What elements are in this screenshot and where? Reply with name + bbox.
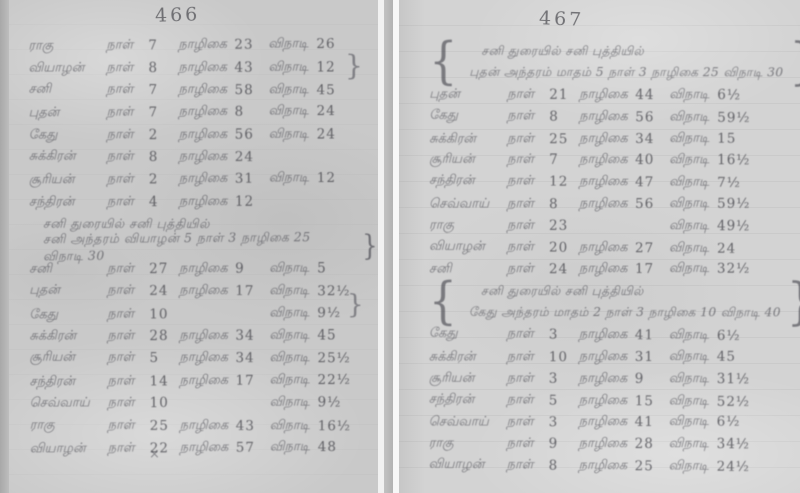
antaram-line-1: சனி துரையில் சனி புத்தியில் (459, 281, 781, 303)
day-value: 3 (549, 327, 579, 343)
nazhigai-label: நாழிகை (179, 171, 235, 187)
nazhigai-value: 12 (235, 194, 269, 210)
nazhigai-label: நாழிகை (179, 328, 235, 344)
nazhigai-label: நாழிகை (579, 261, 635, 277)
day-value: 2 (149, 127, 179, 143)
nazhigai-label: நாழிகை (179, 149, 235, 165)
vinadi-value: 24 (717, 240, 761, 256)
ledger-row: வியாழன் நாள் 22 நாழிகை 57 விநாடி 48 (30, 436, 379, 461)
day-label: நாள் (507, 218, 549, 234)
planet-name: சுக்கிரன் (429, 131, 507, 147)
day-value: 23 (549, 218, 579, 234)
planet-name: வியாழன் (429, 457, 507, 474)
day-label: நாள் (507, 457, 549, 473)
nazhigai-value: 17 (235, 284, 269, 300)
nazhigai-label: நாழிகை (179, 127, 235, 143)
vinadi-label: விநாடி (669, 371, 717, 387)
nazhigai-label: நாழிகை (180, 418, 236, 434)
vinadi-label: விநாடி (669, 109, 717, 125)
day-label: நாள் (106, 82, 148, 98)
nazhigai-value: 8 (235, 104, 269, 120)
planet-name: ராகு (429, 436, 507, 452)
vinadi-value: 15 (717, 130, 761, 146)
ledger-row: வியாழன் நாள் 8 நாழிகை 25 விநாடி 24½ (429, 454, 800, 478)
vinadi-label: விநாடி (269, 305, 317, 321)
day-value: 14 (149, 373, 179, 389)
planet-name: சந்திரன் (29, 194, 107, 210)
nazhigai-value: 24 (235, 149, 269, 165)
gutter-fold (384, 0, 393, 493)
day-value: 8 (149, 149, 179, 165)
day-value: 3 (549, 371, 579, 387)
vinadi-value: 16½ (318, 418, 362, 434)
day-label: நாள் (107, 328, 149, 344)
ledger-row: சூரியன் நாள் 3 நாழிகை 9 விநாடி 31½ (429, 367, 800, 389)
closing-brace-icon: } (790, 38, 800, 86)
ledger-row: சுக்கிரன் நாள் 8 நாழிகை 24 (29, 146, 378, 169)
vinadi-label: விநாடி (669, 174, 717, 190)
day-value: 10 (150, 395, 180, 411)
day-label: நாள் (507, 108, 549, 124)
left-page-text: ராகு நாள் 7 நாழிகை 23 விநாடி 26 வியாழன் … (8, 0, 379, 460)
day-label: நாள் (107, 127, 149, 143)
ledger-row: சுக்கிரன் நாள் 10 நாழிகை 31 விநாடி 45 (429, 346, 800, 369)
planet-name: சூரியன் (429, 370, 507, 386)
vinadi-label: விநாடி (669, 327, 717, 343)
day-value: 21 (549, 87, 579, 103)
closing-brace: } (362, 229, 378, 263)
planet-name: வியாழன் (429, 238, 507, 255)
ledger-row: கேது நாள் 2 நாழிகை 56 விநாடி 24 (29, 123, 378, 147)
antaram-line-2: கேது அந்தரம் மாதம் 2 நாள் 3 நாழிகை 10 வி… (459, 302, 781, 324)
nazhigai-value: 58 (234, 82, 268, 98)
nazhigai-value: 43 (236, 418, 270, 434)
day-value: 7 (149, 105, 179, 121)
nazhigai-label: நாழிகை (178, 82, 234, 98)
vinadi-value: 6½ (717, 414, 761, 430)
planet-name: வியாழன் (30, 441, 108, 458)
day-value: 12 (549, 174, 579, 190)
day-label: நாள் (507, 173, 549, 189)
nazhigai-value: 31 (235, 171, 269, 187)
planet-name: சுக்கிரன் (29, 149, 107, 165)
day-value: 7 (148, 82, 178, 98)
manuscript-scan: 466 ராகு நாள் 7 நாழிகை 23 விநாடி 26 வியா… (0, 0, 800, 493)
nazhigai-label: நாழிகை (579, 349, 635, 365)
day-label: நாள் (107, 194, 149, 210)
vinadi-value: 59½ (717, 109, 761, 125)
day-label: நாள் (107, 373, 149, 389)
vinadi-value: 24 (317, 126, 361, 142)
vinadi-value: 45 (717, 349, 761, 365)
ledger-row: கேது நாள் 3 நாழிகை 41 விநாடி 6½ (429, 323, 800, 347)
vinadi-label: விநாடி (268, 36, 316, 52)
ledger-row: சந்திரன் நாள் 5 நாழிகை 15 விநாடி 52½ (429, 388, 800, 412)
nazhigai-label: நாழிகை (579, 174, 635, 190)
vinadi-label: விநாடி (669, 458, 717, 474)
vinadi-label: விநாடி (269, 103, 317, 119)
vinadi-value: 59½ (717, 196, 761, 212)
ledger-row: வியாழன் நாள் 8 நாழிகை 43 விநாடி 12 (28, 56, 377, 80)
right-page-text: { சனி துரையில் சனி புத்தியில் புதன் அந்த… (399, 0, 800, 477)
ledger-row: சந்திரன் நாள் 14 நாழிகை 17 விநாடி 22½ (29, 368, 378, 393)
day-label: நாள் (108, 441, 150, 457)
planet-name: சூரியன் (429, 152, 507, 168)
vinadi-label: விநாடி (669, 349, 717, 365)
nazhigai-label: நாழிகை (179, 194, 235, 210)
day-label: நாள் (107, 283, 149, 299)
day-value: 7 (148, 37, 178, 53)
nazhigai-value: 25 (635, 458, 669, 474)
planet-name: கேது (429, 107, 507, 124)
ledger-row: செவ்வாய் நாள் 3 நாழிகை 41 விநாடி 6½ (429, 411, 800, 434)
day-label: நாள் (507, 414, 549, 430)
ledger-row: சுக்கிரன் நாள் 28 நாழிகை 34 விநாடி 45 (29, 324, 378, 348)
ledger-row: புதன் நாள் 24 நாழிகை 17 விநாடி 32½ (29, 280, 378, 303)
antaram-line-1: சனி துரையில் சனி புத்தியில் (459, 41, 783, 63)
planet-name: செவ்வாய் (429, 196, 507, 212)
nazhigai-label: நாழிகை (579, 87, 635, 103)
day-value: 25 (549, 131, 579, 147)
day-label: நாள் (507, 436, 549, 452)
nazhigai-value: 40 (635, 152, 669, 168)
nazhigai-label: நாழிகை (579, 371, 635, 387)
nazhigai-label: நாழிகை (178, 59, 234, 75)
planet-name: சந்திரன் (429, 173, 507, 190)
day-label: நாள் (107, 105, 149, 121)
day-label: நாள் (507, 131, 549, 147)
vinadi-label: விநாடி (268, 82, 316, 98)
day-label: நாள் (507, 349, 549, 365)
nazhigai-label: நாழிகை (579, 458, 635, 474)
day-value: 8 (549, 108, 579, 124)
planet-name: புதன் (29, 283, 107, 299)
vinadi-label: விநாடி (269, 284, 317, 300)
day-label: நாள் (106, 38, 148, 54)
opening-brace-icon: { (429, 38, 457, 86)
day-value: 25 (150, 418, 180, 434)
day-value: 3 (549, 414, 579, 430)
planet-name: ராகு (429, 217, 507, 233)
vinadi-value: 22½ (317, 372, 361, 388)
ink-flourish: } (347, 292, 364, 318)
vinadi-value: 34½ (717, 436, 761, 452)
day-value: 8 (549, 196, 579, 212)
antaram-heading-lines: சனி துரையில் சனி புத்தியில் புதன் அந்தரம… (459, 41, 783, 84)
day-label: நாள் (507, 152, 549, 168)
nazhigai-label: நாழிகை (178, 37, 234, 53)
nazhigai-value: 27 (635, 240, 669, 256)
vinadi-label: விநாடி (669, 261, 717, 277)
day-value: 10 (149, 306, 179, 322)
nazhigai-label: நாழிகை (579, 108, 635, 124)
planet-name: சூரியன் (29, 172, 107, 189)
vinadi-label: விநாடி (269, 351, 317, 367)
nazhigai-label: நாழிகை (579, 327, 635, 343)
planet-name: கேது (29, 127, 107, 143)
day-label: நாள் (107, 306, 149, 322)
antaram-line-2: புதன் அந்தரம் மாதம் 5 நாள் 3 நாழிகை 25 வ… (459, 62, 783, 84)
nazhigai-value: 57 (236, 440, 270, 456)
vinadi-value: 6½ (717, 87, 761, 103)
planet-name: ராகு (28, 38, 106, 55)
left-page: 466 ராகு நாள் 7 நாழிகை 23 விநாடி 26 வியா… (9, 0, 378, 493)
nazhigai-value: 34 (635, 130, 669, 146)
antaram-heading-lines: சனி துரையில் சனி புத்தியில் கேது அந்தரம்… (459, 281, 781, 324)
nazhigai-value: 47 (635, 174, 669, 190)
day-label: நாள் (108, 396, 150, 412)
day-value: 8 (148, 60, 178, 76)
ledger-row: கேது நாள் 8 நாழிகை 56 விநாடி 59½ (429, 105, 800, 129)
vinadi-label: விநாடி (270, 439, 318, 455)
day-label: நாள் (107, 172, 149, 188)
ledger-row: சூரியன் நாள் 2 நாழிகை 31 விநாடி 12 (29, 167, 378, 192)
planet-name: செவ்வாய் (30, 396, 108, 412)
vinadi-value: 6½ (717, 328, 761, 344)
planet-name: வியாழன் (28, 60, 106, 76)
ledger-row: ராகு நாள் 9 நாழிகை 28 விநாடி 34½ (429, 433, 800, 455)
day-value: 2 (149, 172, 179, 188)
nazhigai-label: நாழிகை (579, 239, 635, 255)
planet-name: சனி (28, 82, 106, 98)
ink-flourish: } (345, 52, 363, 80)
nazhigai-value: 44 (635, 87, 669, 103)
vinadi-label: விநாடி (268, 59, 316, 75)
ledger-row: சனி நாள் 7 நாழிகை 58 விநாடி 45 (28, 78, 377, 101)
day-value: 5 (549, 392, 579, 408)
day-label: நாள் (107, 350, 149, 366)
vinadi-value: 25½ (317, 351, 361, 367)
ledger-row: ராகு நாள் 7 நாழிகை 23 விநாடி 26 (28, 33, 377, 58)
day-value: 10 (549, 349, 579, 365)
nazhigai-value: 15 (635, 393, 669, 409)
antaram-group: { சனி துரையில் சனி புத்தியில் கேது அந்தர… (429, 281, 800, 324)
ledger-row: புதன் நாள் 7 நாழிகை 8 விநாடி 24 (29, 100, 378, 125)
day-label: நாள் (106, 60, 148, 76)
day-label: நாள் (507, 261, 549, 277)
ledger-row: செவ்வாய் நாள் 10 விநாடி 9½ (30, 392, 379, 416)
day-value: 8 (549, 457, 579, 473)
planet-name: கேது (29, 307, 107, 324)
vinadi-label: விநாடி (270, 418, 318, 434)
day-value: 24 (149, 283, 179, 299)
nazhigai-label: நாழிகை (180, 440, 236, 456)
day-value: 5 (149, 351, 179, 367)
right-page: 467 { சனி துரையில் சனி புத்தியில் புதன் … (399, 0, 800, 493)
nazhigai-value: 31 (635, 349, 669, 365)
heading-text: சனி அந்தரம் வியாழன் 5 நாள் 3 நாழிகை 25 வ… (43, 229, 352, 265)
vinadi-label: விநாடி (269, 372, 317, 388)
dasa-heading: சனி அந்தரம் வியாழன் 5 நாள் 3 நாழிகை 25 வ… (29, 234, 378, 259)
planet-name: சந்திரன் (429, 391, 507, 408)
vinadi-label: விநாடி (669, 152, 717, 168)
vinadi-value: 52½ (717, 393, 761, 409)
vinadi-label: விநாடி (669, 240, 717, 256)
day-label: நாள் (507, 87, 549, 103)
ink-flourish: × (149, 448, 160, 461)
nazhigai-value: 34 (235, 351, 269, 367)
ledger-row: வியாழன் நாள் 20 நாழிகை 27 விநாடி 24 (429, 235, 800, 259)
vinadi-value: 32½ (717, 261, 761, 277)
day-label: நாள் (507, 196, 549, 212)
vinadi-value: 24½ (717, 459, 761, 475)
vinadi-label: விநாடி (669, 436, 717, 452)
vinadi-value: 24 (317, 103, 361, 119)
vinadi-value: 45 (317, 328, 361, 344)
day-label: நாள் (507, 392, 549, 408)
ledger-row: சூரியன் நாள் 7 நாழிகை 40 விநாடி 16½ (429, 149, 800, 171)
vinadi-value: 45 (316, 82, 360, 98)
vinadi-label: விநாடி (669, 196, 717, 212)
ledger-row: கேது நாள் 10 விநாடி 9½ (29, 301, 378, 326)
planet-name: சுக்கிரன் (429, 349, 507, 365)
vinadi-value: 49½ (717, 218, 761, 234)
nazhigai-label: நாழிகை (579, 392, 635, 408)
vinadi-label: விநாடி (269, 328, 317, 344)
nazhigai-value: 9 (635, 371, 669, 387)
nazhigai-value: 56 (635, 109, 669, 125)
nazhigai-label: நாழிகை (179, 373, 235, 389)
day-value: 24 (549, 261, 579, 277)
ledger-row: ராகு நாள் 25 நாழிகை 43 விநாடி 16½ (30, 414, 379, 437)
nazhigai-label: நாழிகை (179, 283, 235, 299)
day-value: 28 (149, 328, 179, 344)
nazhigai-value: 28 (635, 436, 669, 452)
planet-name: புதன் (29, 105, 107, 122)
antaram-group: { சனி துரையில் சனி புத்தியில் புதன் அந்த… (429, 41, 800, 84)
nazhigai-label: நாழிகை (579, 436, 635, 452)
nazhigai-value: 17 (635, 261, 669, 277)
planet-name: சந்திரன் (29, 374, 107, 391)
vinadi-label: விநாடி (669, 130, 717, 146)
nazhigai-value: 56 (635, 196, 669, 212)
ledger-row: சுக்கிரன் நாள் 25 நாழிகை 34 விநாடி 15 (429, 127, 800, 150)
ledger-row: செவ்வாய் நாள் 8 நாழிகை 56 விநாடி 59½ (429, 193, 800, 216)
day-value: 4 (149, 194, 179, 210)
closing-brace-icon: } (787, 278, 800, 326)
vinadi-label: விநாடி (270, 395, 318, 411)
day-label: நாள் (107, 149, 149, 165)
day-value: 7 (549, 152, 579, 168)
day-value: 20 (549, 239, 579, 255)
nazhigai-value: 43 (234, 59, 268, 75)
vinadi-label: விநாடி (269, 171, 317, 187)
planet-name: கேது (429, 326, 507, 343)
planet-name: செவ்வாய் (429, 415, 507, 431)
nazhigai-value: 17 (235, 372, 269, 388)
vinadi-value: 7½ (717, 175, 761, 191)
day-label: நாள் (507, 239, 549, 255)
nazhigai-label: நாழிகை (579, 130, 635, 146)
ledger-row: புதன் நாள் 21 நாழிகை 44 விநாடி 6½ (429, 84, 800, 106)
vinadi-label: விநாடி (669, 393, 717, 409)
nazhigai-value: 41 (635, 414, 669, 430)
vinadi-value: 16½ (717, 152, 761, 168)
vinadi-label: விநாடி (269, 126, 317, 142)
day-label: நாள் (507, 326, 549, 342)
planet-name: ராகு (30, 417, 108, 433)
vinadi-value: 48 (318, 439, 362, 455)
nazhigai-label: நாழிகை (179, 351, 235, 367)
vinadi-label: விநாடி (669, 218, 717, 234)
nazhigai-value: 23 (234, 37, 268, 53)
opening-brace-icon: { (429, 278, 457, 326)
ledger-row: சனி நாள் 24 நாழிகை 17 விநாடி 32½ (429, 258, 800, 281)
planet-name: சுக்கிரன் (29, 329, 107, 345)
day-value: 9 (549, 436, 579, 452)
nazhigai-value: 56 (235, 126, 269, 142)
ledger-row: சந்திரன் நாள் 4 நாழிகை 12 (29, 190, 378, 214)
nazhigai-label: நாழிகை (179, 104, 235, 120)
nazhigai-value: 34 (235, 328, 269, 344)
day-label: நாள் (507, 370, 549, 386)
nazhigai-label: நாழிகை (579, 414, 635, 430)
vinadi-value: 12 (317, 170, 361, 186)
vinadi-value: 9½ (318, 395, 362, 411)
ledger-row: ராகு நாள் 23 விநாடி 49½ (429, 214, 800, 236)
vinadi-label: விநாடி (669, 87, 717, 103)
vinadi-label: விநாடி (669, 414, 717, 430)
vinadi-value: 31½ (717, 371, 761, 387)
planet-name: சூரியன் (29, 350, 107, 366)
day-label: நாள் (108, 418, 150, 434)
nazhigai-label: நாழிகை (579, 196, 635, 212)
nazhigai-value: 41 (635, 327, 669, 343)
ledger-row: சூரியன் நாள் 5 நாழிகை 34 விநாடி 25½ (29, 347, 378, 370)
nazhigai-label: நாழிகை (579, 152, 635, 168)
ledger-row: சந்திரன் நாள் 12 நாழிகை 47 விநாடி 7½ (429, 170, 800, 194)
